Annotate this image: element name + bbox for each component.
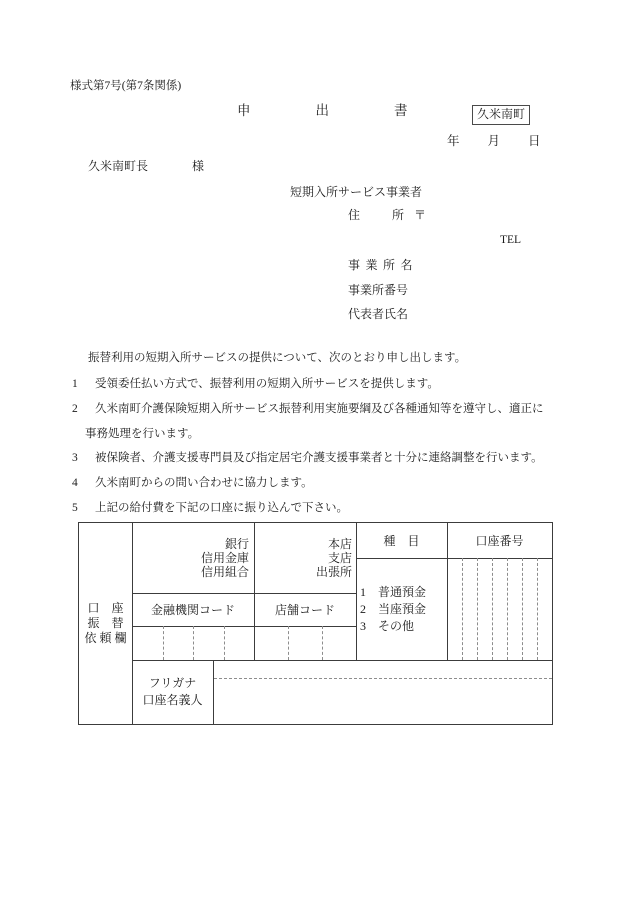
holder-entry-area bbox=[214, 660, 552, 724]
account-transfer-table: 口 座 振 替 依 頼 欄 銀行 信用金庫 信用組合 本店 支店 出張所 金融機… bbox=[78, 522, 553, 725]
item-text: 久米南町からの問い合わせに協力します。 bbox=[95, 477, 313, 491]
account-number-header: 口座番号 bbox=[447, 523, 552, 558]
digit-box bbox=[255, 626, 288, 660]
item-text: 被保険者、介護支援専門員及び指定居宅介護支援事業者と十分に連絡調整を行います。 bbox=[95, 452, 543, 466]
form-number: 様式第7号(第7条関係) bbox=[70, 80, 181, 94]
item-number: 1 bbox=[72, 378, 78, 392]
item-text: 上記の給付費を下記の口座に振り込んで下さい。 bbox=[95, 502, 348, 516]
digit-box bbox=[224, 626, 255, 660]
addressee: 久米南町長 bbox=[88, 159, 148, 173]
form-title-char: 申 bbox=[237, 103, 251, 119]
town-stamp-box: 久米南町 bbox=[472, 105, 530, 125]
form-title-char: 出 bbox=[316, 103, 330, 119]
form-title-char: 書 bbox=[394, 103, 408, 119]
office-name-label: 事業所名 bbox=[348, 258, 418, 272]
branch-type-cell: 本店 支店 出張所 bbox=[254, 523, 356, 593]
item-number: 2 bbox=[72, 403, 78, 417]
bank-code-digit-row bbox=[133, 626, 254, 660]
item-text: 久米南町介護保険短期入所サービス振替利用実施要綱及び各種通知等を遵守し、適正に bbox=[95, 403, 544, 417]
date-year-label: 年 bbox=[447, 134, 460, 149]
item-text-continued: 事務処理を行います。 bbox=[85, 428, 199, 442]
digit-box bbox=[322, 626, 356, 660]
digit-box bbox=[133, 626, 163, 660]
address-label: 住 bbox=[348, 208, 360, 222]
digit-box bbox=[448, 558, 462, 660]
bank-code-label: 金融機関コード bbox=[132, 593, 254, 626]
branch-code-digit-row bbox=[255, 626, 356, 660]
digit-box bbox=[193, 626, 224, 660]
digit-box bbox=[492, 558, 507, 660]
representative-label: 代表者氏名 bbox=[348, 307, 408, 321]
bank-type-cell: 銀行 信用金庫 信用組合 bbox=[132, 523, 254, 593]
form-page: 様式第7号(第7条関係) 申 出 書 久米南町 年 月 日 久米南町長 様 短期… bbox=[0, 0, 630, 903]
item-number: 5 bbox=[72, 502, 78, 516]
item-number: 4 bbox=[72, 477, 78, 491]
address-label-2: 所 bbox=[392, 208, 404, 222]
item-number: 3 bbox=[72, 452, 78, 466]
item-text: 受領委任払い方式で、振替利用の短期入所サービスを提供します。 bbox=[95, 378, 439, 392]
digit-box bbox=[477, 558, 492, 660]
tel-label: TEL bbox=[500, 234, 521, 248]
digit-box bbox=[522, 558, 537, 660]
date-line: 年 月 日 bbox=[447, 134, 541, 149]
form-title: 申 出 書 bbox=[237, 103, 408, 119]
provider-heading: 短期入所サービス事業者 bbox=[290, 185, 422, 199]
office-number-label: 事業所番号 bbox=[348, 283, 408, 297]
digit-box bbox=[507, 558, 522, 660]
addressee-honorific: 様 bbox=[192, 159, 204, 173]
digit-box bbox=[288, 626, 322, 660]
branch-code-label: 店舗コード bbox=[254, 593, 356, 626]
furigana-holder-label: フリガナ 口座名義人 bbox=[132, 660, 213, 724]
account-number-digit-row bbox=[448, 558, 552, 660]
date-day-label: 日 bbox=[528, 134, 541, 149]
date-month-label: 月 bbox=[488, 134, 501, 149]
intro-sentence: 振替利用の短期入所サービスの提供について、次のとおり申し出します。 bbox=[88, 352, 466, 366]
account-type-header: 種 目 bbox=[356, 523, 447, 558]
postal-mark: 〒 bbox=[414, 208, 426, 222]
side-label: 口 座 振 替 依 頼 欄 bbox=[79, 523, 132, 724]
digit-box bbox=[462, 558, 477, 660]
digit-box bbox=[537, 558, 552, 660]
digit-box bbox=[163, 626, 194, 660]
account-type-options: 1 普通預金 2 当座預金 3 その他 bbox=[356, 558, 447, 660]
